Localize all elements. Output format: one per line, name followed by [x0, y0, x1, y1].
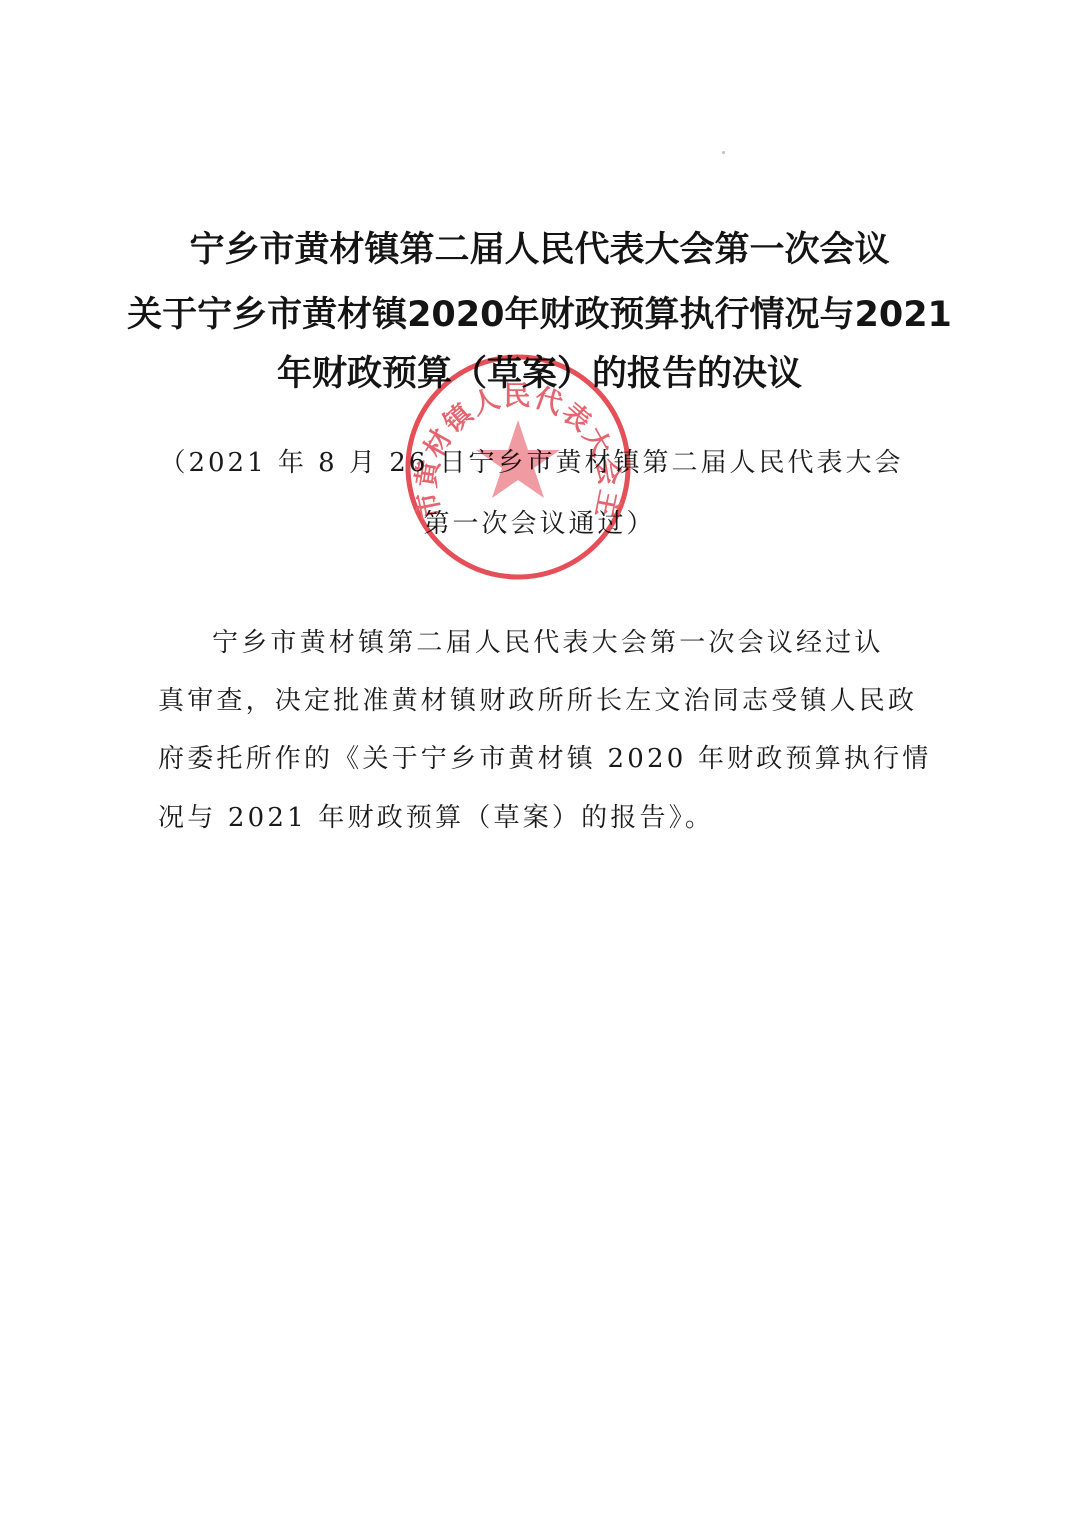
body-line-1: 宁乡市黄材镇第二届人民代表大会第一次会议经过认: [212, 622, 982, 659]
title-line-1: 宁乡市黄材镇第二届人民代表大会第一次会议: [0, 222, 1079, 272]
body-line-3: 府委托所作的《关于宁乡市黄材镇 2020 年财政预算执行情: [158, 738, 928, 775]
title-line-3: 年财政预算（草案）的报告的决议: [0, 346, 1079, 396]
title-line-2: 关于宁乡市黄材镇2020年财政预算执行情况与2021: [0, 287, 1079, 337]
adoption-note-line-1: （2021 年 8 月 26 日宁乡市黄材镇第二届人民代表大会: [0, 442, 1071, 479]
document-page: 宁乡市黄材镇第二届人民代表大会第一次会议 关于宁乡市黄材镇2020年财政预算执行…: [0, 0, 1079, 1518]
adoption-note-line-2: 第一次会议通过）: [0, 503, 1079, 540]
body-line-4: 况与 2021 年财政预算（草案）的报告》。: [158, 797, 928, 834]
body-line-2: 真审查，决定批准黄材镇财政所所长左文治同志受镇人民政: [158, 680, 928, 717]
scan-speck: [722, 151, 725, 154]
